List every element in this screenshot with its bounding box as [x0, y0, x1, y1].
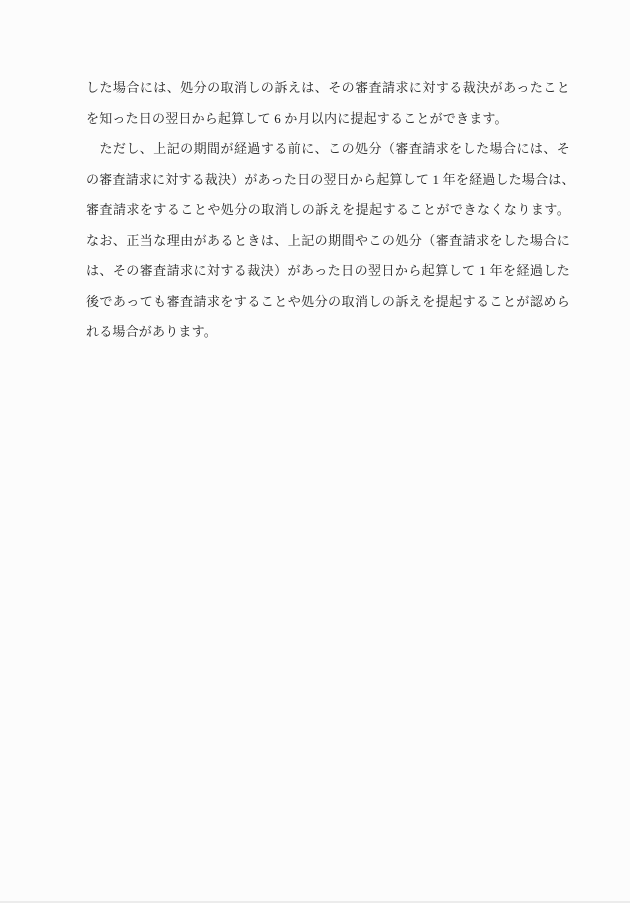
- text-line: した場合には、処分の取消しの訴えは、その審査請求に対する裁決があったこと: [86, 73, 570, 104]
- text-line: ただし、上記の期間が経過する前に、この処分（審査請求をした場合には、そ: [86, 134, 570, 165]
- body-text: した場合には、処分の取消しの訴えは、その審査請求に対する裁決があったこと を知っ…: [86, 73, 570, 348]
- text-line: なお、正当な理由があるときは、上記の期間やこの処分（審査請求をした場合に: [86, 226, 570, 257]
- text-line: 後であっても審査請求をすることや処分の取消しの訴えを提起することが認めら: [86, 287, 570, 318]
- text-line: は、その審査請求に対する裁決）があった日の翌日から起算して 1 年を経過した: [86, 256, 570, 287]
- text-line: 審査請求をすることや処分の取消しの訴えを提起することができなくなります。: [86, 195, 570, 226]
- text-line: を知った日の翌日から起算して 6 か月以内に提起することができます。: [86, 104, 570, 135]
- text-line: れる場合があります。: [86, 317, 570, 348]
- document-page: した場合には、処分の取消しの訴えは、その審査請求に対する裁決があったこと を知っ…: [0, 0, 630, 903]
- text-line: の審査請求に対する裁決）があった日の翌日から起算して 1 年を経過した場合は、: [86, 165, 570, 196]
